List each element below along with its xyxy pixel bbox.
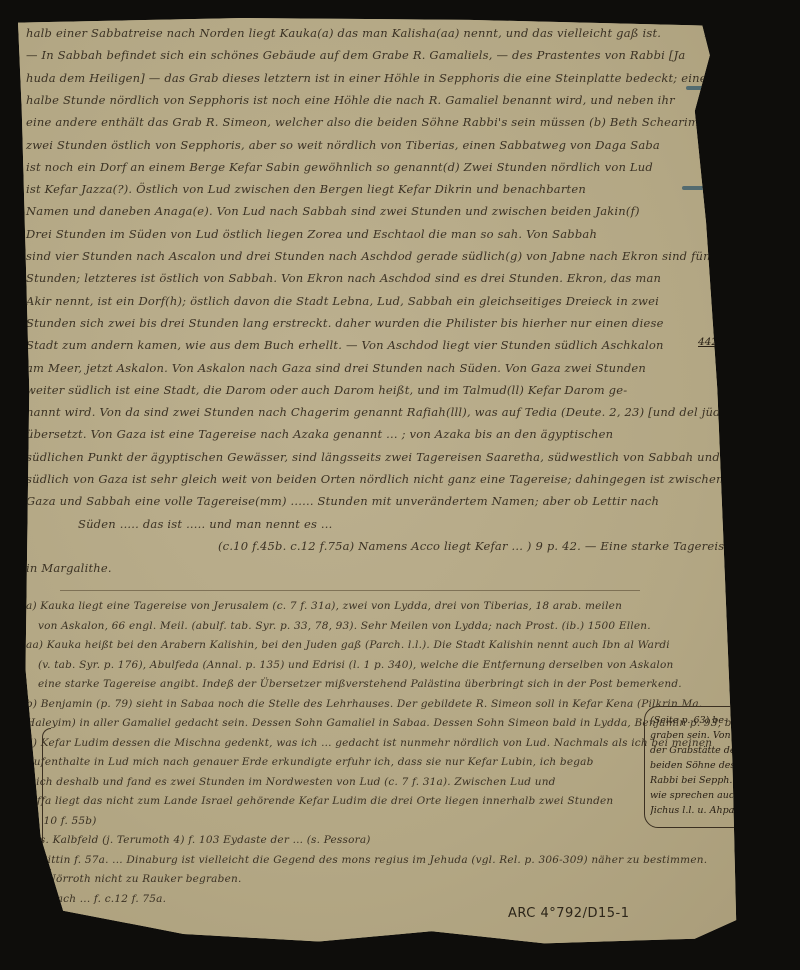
boxed-note-line: Rabbi bei Sepph. <box>650 773 744 788</box>
manuscript-line: (c.10 f.45b. c.12 f.75a) Namens Acco lie… <box>218 539 800 553</box>
boxed-note-line: der Grabstätte der <box>650 743 744 758</box>
footnote-line: c) s. Kalbfeld (j. Terumoth 4) f. 103 Ey… <box>26 834 371 846</box>
blue-pencil-mark-top <box>686 86 716 90</box>
footnote-separator <box>60 590 640 591</box>
manuscript-line: südlichen Punkt der ägyptischen Gewässer… <box>26 450 720 464</box>
footnote-line: b) Benjamin (p. 79) sieht in Sabaa noch … <box>26 698 702 710</box>
manuscript-page: 23 442 halb einer Sabbatreise nach Norde… <box>18 18 770 948</box>
manuscript-line: Akir nennt, ist ein Dorf(h); östlich dav… <box>26 294 659 308</box>
boxed-note-line: beiden Söhne des <box>650 758 744 773</box>
manuscript-line: Namen und daneben Anaga(e). Von Lud nach… <box>26 204 640 218</box>
manuscript-line: zwei Stunden östlich von Sepphoris, aber… <box>26 138 660 152</box>
manuscript-line: ist noch ein Dorf an einem Berge Kefar S… <box>26 160 653 174</box>
footnote-line: Jaffa liegt das nicht zum Lande Israel g… <box>26 795 613 807</box>
footnote-line: a) Kauka liegt eine Tagereise von Jerusa… <box>26 600 622 612</box>
footnote-line: e) Sittin f. 57a. ... Dinaburg ist viell… <box>26 854 707 866</box>
footnote-line: eine starke Tagereise angibt. Indeß der … <box>38 678 682 690</box>
footnote-line: (c. 10 f. 55b) <box>26 815 97 827</box>
footnote-line: mich deshalb und fand es zwei Stunden im… <box>26 776 556 788</box>
manuscript-line: halb einer Sabbatreise nach Norden liegt… <box>26 26 661 40</box>
page-number: 23 <box>704 26 719 40</box>
manuscript-line: Drei Stunden im Süden von Lud östlich li… <box>26 227 597 241</box>
shelfmark-label: ARC 4°792/D15-1 <box>508 906 629 921</box>
manuscript-line: Süden ..... das ist ..... und man nennt … <box>78 517 333 531</box>
footnote-line: (v. tab. Syr. p. 176), Abulfeda (Annal. … <box>38 659 673 671</box>
manuscript-line: nannt wird. Von da sind zwei Stunden nac… <box>26 405 779 419</box>
manuscript-line: sind vier Stunden nach Ascalon und drei … <box>26 249 715 263</box>
manuscript-line: am Meer, jetzt Askalon. Von Askalon nach… <box>26 361 646 375</box>
footnote-line: von Askalon, 66 engl. Meil. (abulf. tab.… <box>38 620 651 632</box>
manuscript-line: übersetzt. Von Gaza ist eine Tagereise n… <box>26 427 613 441</box>
footnote-line: f) Pesach ... f. c.12 f. 75a. <box>26 893 166 905</box>
margin-note-442: 442 <box>698 336 718 348</box>
manuscript-line: weiter südlich ist eine Stadt, die Darom… <box>26 383 627 397</box>
manuscript-line: Gaza und Sabbah eine volle Tagereise(mm)… <box>26 494 659 508</box>
manuscript-line: eine andere enthält das Grab R. Simeon, … <box>26 115 715 129</box>
manuscript-line: Stadt zum andern kamen, wie aus dem Buch… <box>26 338 664 352</box>
boxed-note-line: Jichus l.l. u. Ahpark <box>650 803 744 818</box>
footnote-line: d) Kefar Ludim dessen die Mischna gedenk… <box>26 737 712 749</box>
footnote-line: aa) Kauka heißt bei den Arabern Kalishin… <box>26 639 670 651</box>
bracket-mark <box>42 728 51 870</box>
manuscript-line: huda dem Heiligen] — das Grab dieses let… <box>26 71 707 85</box>
footnote-line: ee) Nörroth nicht zu Rauker begraben. <box>26 873 241 885</box>
manuscript-line: halbe Stunde nördlich von Sepphoris ist … <box>26 93 675 107</box>
boxed-note-line: graben sein. Von <box>650 728 744 743</box>
footnote-line: Aufenthalte in Lud mich nach genauer Erd… <box>26 756 594 768</box>
manuscript-line: Stunden sich zwei bis drei Stunden lang … <box>26 316 664 330</box>
boxed-margin-note: (Seite p. 63) be-graben sein. Vonder Gra… <box>644 706 750 828</box>
manuscript-line: — In Sabbah befindet sich ein schönes Ge… <box>26 48 685 62</box>
manuscript-line: Stunden; letzteres ist östlich von Sabba… <box>26 271 661 285</box>
blue-pencil-mark-mid <box>682 186 708 190</box>
manuscript-line: ist Kefar Jazza(?). Östlich von Lud zwis… <box>26 182 586 196</box>
manuscript-line: in Margalithe. <box>26 561 112 575</box>
manuscript-line: südlich von Gaza ist sehr gleich weit vo… <box>26 472 724 486</box>
boxed-note-line: wie sprechen auch <box>650 788 744 803</box>
boxed-note-line: (Seite p. 63) be- <box>650 713 744 728</box>
